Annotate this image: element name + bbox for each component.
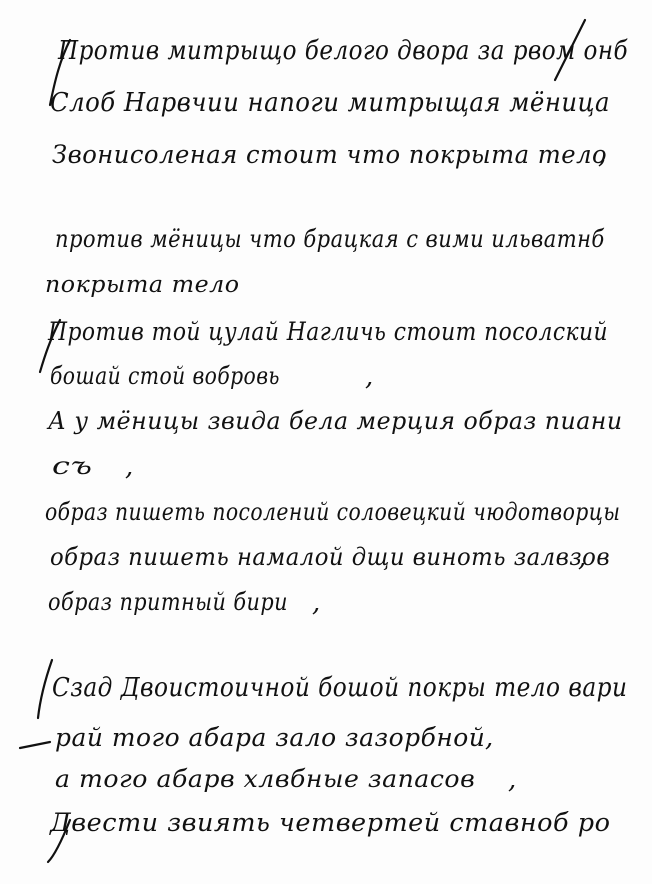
manuscript-line: бошай стой вобровь [50, 362, 280, 390]
manuscript-line: Сзад Двоистоичной бошой покры тело вари [52, 673, 627, 703]
manuscript-line: покрыта тело [45, 272, 240, 298]
manuscript-line: съ [52, 452, 93, 480]
manuscript-line: образ пишеть посолений соловецкий чюдотв… [45, 498, 620, 526]
comma-mark: , [312, 588, 321, 618]
comma-mark: , [578, 543, 587, 573]
comma-mark: , [598, 140, 607, 170]
manuscript-line: Звонисоленая стоит что покрыта тело [52, 140, 607, 169]
manuscript-line: против мёницы что брацкая с вими ильватн… [55, 225, 605, 253]
manuscript-line: Против митрыщо белого двора за рвом онб [58, 36, 628, 66]
manuscript-line: образ притный бири [48, 588, 288, 616]
comma-mark: , [508, 765, 517, 795]
comma-mark: , [125, 452, 134, 482]
manuscript-line: образ пишеть намалой дщи виноть залвзов [50, 543, 610, 571]
comma-mark: , [485, 723, 494, 753]
comma-mark: , [365, 362, 374, 392]
manuscript-line: Слоб Нарвчии напоги митрыщая мёница [50, 88, 610, 118]
manuscript-line: а того абарв хлвбные запасов [55, 765, 475, 793]
manuscript-line: А у мёницы звида бела мерция образ пиани [48, 407, 623, 435]
manuscript-line: Против той цулай Нагличь стоит посолский [48, 317, 608, 346]
manuscript-page: Против митрыщо белого двора за рвом онб … [0, 0, 652, 884]
manuscript-line: рай того абара зало зазорбной [55, 723, 485, 752]
manuscript-line: Двести звиять четвертей ставноб ро [50, 808, 610, 837]
